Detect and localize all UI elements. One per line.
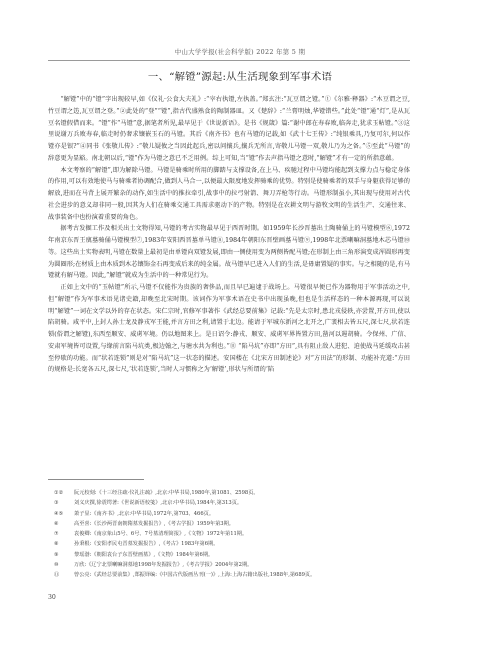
footnote-mark: ③: [54, 498, 74, 508]
footnote: ⑨黎瑶渤:《朝阳袁台子东晋壁画墓》,《文物》1984年第6期。: [54, 550, 414, 560]
footnote-mark: ⑧: [54, 539, 74, 549]
running-header: 中山大学学报(社会科学版) 2022 年第 5 期: [0, 47, 480, 56]
footnote: ⑧孙秉根:《安阳孝民屯晋墓发掘报告》,《考古》1983年第6期。: [54, 539, 414, 549]
footnotes: ①②阮元校刻:《十三经注疏·仪礼注疏》,北京:中华书局,1980年,第1081、…: [54, 488, 414, 581]
footnote: ⑪曾公亮:《武经总要前集》,郑振铎编:《中国古代版画丛刊(一)》,上海:上海古籍…: [54, 570, 414, 580]
body-text: “解镫”中的“镫”字出现较早,如《仪礼·公食大夫礼》:“宰右执镫,左执盖。”郑玄…: [48, 94, 410, 376]
footnote-mark: ⑥: [54, 519, 74, 529]
footnote: ⑦袁俊卿:《南京象山5号、6号、7号墓清理简报》,《文物》1972年第11期。: [54, 529, 414, 539]
page-number: 30: [48, 594, 56, 601]
header-rule: [48, 60, 410, 61]
footnote-text: 孙秉根:《安阳孝民屯晋墓发掘报告》,《考古》1983年第6期。: [74, 541, 218, 547]
paragraph: 本文考察的“解镫”,即为解除马镫。马镫是骑乘时所用的脚踏与支撑设备,在上马、疾驰…: [48, 165, 410, 224]
footnote-mark: ⑦: [54, 529, 74, 539]
footnote-mark: ①②: [54, 488, 74, 498]
footnote-text: 阮元校刻:《十三经注疏·仪礼注疏》,北京:中华书局,1980年,第1081、25…: [74, 490, 259, 496]
footnote: ⑥高至喜:《长沙两晋南朝隋墓发掘报告》,《考古学报》1959年第3期。: [54, 519, 414, 529]
footnote: ①②阮元校刻:《十三经注疏·仪礼注疏》,北京:中华书局,1980年,第1081、…: [54, 488, 414, 498]
footnote-mark: ⑪: [54, 570, 74, 580]
footnote-mark: ⑩: [54, 560, 74, 570]
footnote: ④⑤萧子显:《南齐书》,北京:中华书局,1972年,第703、466页。: [54, 509, 414, 519]
footnote-text: 萧子显:《南齐书》,北京:中华书局,1972年,第703、466页。: [74, 511, 214, 517]
footnote-mark: ⑨: [54, 550, 74, 560]
footnote-text: 黎瑶渤:《朝阳袁台子东晋壁画墓》,《文物》1984年第6期。: [74, 552, 213, 558]
footnote-text: 袁俊卿:《南京象山5号、6号、7号墓清理简报》,《文物》1972年第11期。: [74, 531, 247, 537]
paragraph: 据考古发掘工作及相关出土文物得知,马镫的考古实物最早见于西晋时期。如1959年长…: [48, 223, 410, 282]
footnote: ⑩万欣:《辽宁北票喇嘛洞墓地1998年发掘报告》,《考古学报》2004年第2期。: [54, 560, 414, 570]
footnote-text: 万欣:《辽宁北票喇嘛洞墓地1998年发掘报告》,《考古学报》2004年第2期。: [74, 562, 252, 568]
footnote-rule: [48, 479, 144, 480]
footnote: ③刘义庆撰,徐震堮著:《世说新语校笺》,北京:中华书局,1984年,第313页。: [54, 498, 414, 508]
footnote-text: 刘义庆撰,徐震堮著:《世说新语校笺》,北京:中华书局,1984年,第313页。: [74, 500, 242, 506]
footnote-text: 高至喜:《长沙两晋南朝隋墓发掘报告》,《考古学报》1959年第3期。: [74, 521, 234, 527]
paragraph: 正如上文中的“玉帖镫”所示,马镫不仅能作为贵族的奢侈品,而且早已遍逮于战场上。马…: [48, 282, 410, 376]
footnote-text: 曾公亮:《武经总要前集》,郑振铎编:《中国古代版画丛刊(一)》,上海:上海古籍出…: [74, 572, 315, 578]
section-title: 一、“解镫”源起:从生活现象到军事术语: [0, 68, 480, 83]
footnote-mark: ④⑤: [54, 509, 74, 519]
paragraph: “解镫”中的“镫”字出现较早,如《仪礼·公食大夫礼》:“宰右执镫,左执盖。”郑玄…: [48, 94, 410, 165]
